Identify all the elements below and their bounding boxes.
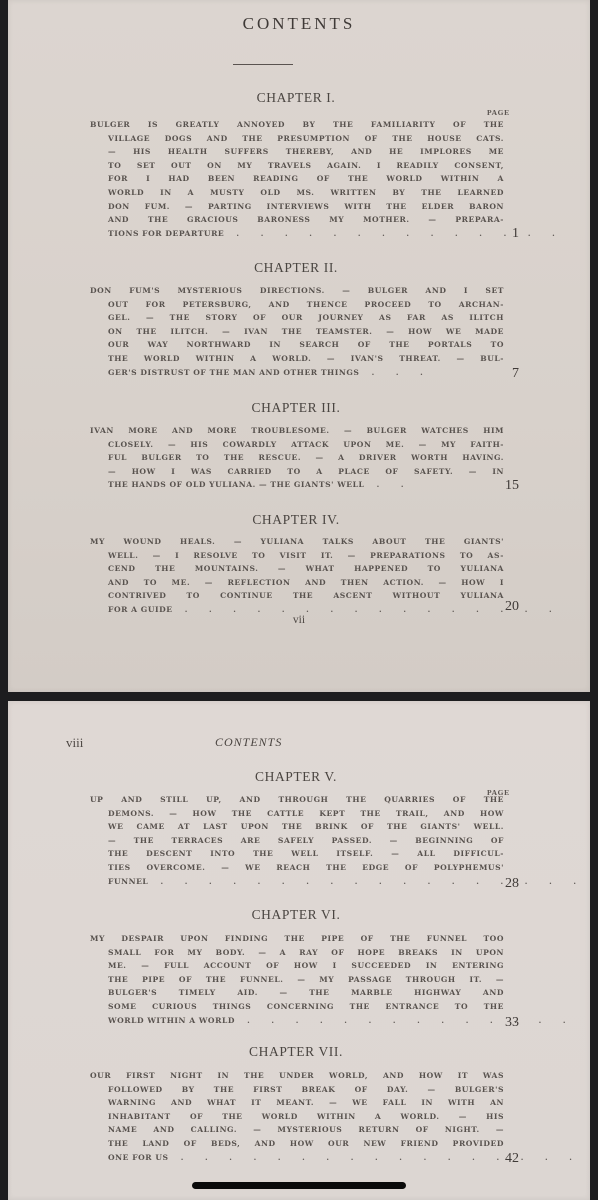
entry-line: TO SET OUT ON MY TRAVELS AGAIN. I READIL… (90, 159, 504, 173)
entry-line: WELL. — I RESOLVE TO VISIT IT. — PREPARA… (90, 549, 504, 563)
chapter-heading: CHAPTER I. (8, 90, 584, 106)
book-page-vii: CONTENTS PAGE CHAPTER I. BULGER IS GREAT… (8, 0, 590, 692)
entry-line: AND TO ME. — REFLECTION AND THEN ACTION.… (90, 576, 504, 590)
entry-line: DON FUM'S MYSTERIOUS DIRECTIONS. — BULGE… (90, 284, 504, 298)
entry-line: AND THE GRACIOUS BARONESS MY MOTHER. — P… (90, 213, 504, 227)
chapter-heading: CHAPTER III. (8, 400, 584, 416)
entry-line: SMALL FOR MY BODY. — A RAY OF HOPE BREAK… (90, 946, 504, 960)
page-folio: viii (66, 735, 83, 751)
page-folio: vii (8, 614, 590, 626)
entry-line: ONE FOR US . . . . . . . . . . . . . . .… (90, 1151, 504, 1165)
entry-line: CONTRIVED TO CONTINUE THE ASCENT WITHOUT… (90, 589, 504, 603)
chapter-page-number: 42 (489, 1151, 519, 1167)
entry-line: — HOW I WAS CARRIED TO A PLACE OF SAFETY… (90, 465, 504, 479)
entry-line: CLOSELY. — HIS COWARDLY ATTACK UPON ME. … (90, 438, 504, 452)
dot-leader: . . . (359, 368, 432, 377)
entry-line: BULGER'S TIMELY AID. — THE MARBLE HIGHWA… (90, 986, 504, 1000)
entry-line: ON THE ILITCH. — IVAN THE TEAMSTER. — HO… (90, 325, 504, 339)
chapter-entry: MY WOUND HEALS. — YULIANA TALKS ABOUT TH… (90, 535, 504, 617)
entry-line: FOLLOWED BY THE FIRST BREAK OF DAY. — BU… (90, 1083, 504, 1097)
chapter-page-number: 15 (489, 478, 519, 494)
entry-line: DON FUM. — PARTING INTERVIEWS WITH THE E… (90, 200, 504, 214)
entry-line: NAME AND CALLING. — MYSTERIOUS RETURN OF… (90, 1123, 504, 1137)
entry-line: THE DESCENT INTO THE WELL ITSELF. — ALL … (90, 847, 504, 861)
entry-line: TIONS FOR DEPARTURE . . . . . . . . . . … (90, 227, 504, 241)
chapter-page-number: 33 (489, 1015, 519, 1031)
book-page-viii: viii CONTENTS PAGE CHAPTER V. UP AND STI… (8, 701, 590, 1200)
entry-line: INHABITANT OF THE WORLD WITHIN A WORLD. … (90, 1110, 504, 1124)
title-rule (233, 64, 293, 65)
entry-line: DEMONS. — HOW THE CATTLE KEPT THE TRAIL,… (90, 807, 504, 821)
entry-line: BULGER IS GREATLY ANNOYED BY THE FAMILIA… (90, 118, 504, 132)
entry-line: OUR WAY NORTHWARD IN SEARCH OF THE PORTA… (90, 338, 504, 352)
entry-line: TIES OVERCOME. — WE REACH THE EDGE OF PO… (90, 861, 504, 875)
entry-line: GER'S DISTRUST OF THE MAN AND OTHER THIN… (90, 366, 504, 380)
dot-leader: . . . . . . . . . . . . . . (235, 1016, 575, 1025)
entry-line: IVAN MORE AND MORE TROUBLESOME. — BULGER… (90, 424, 504, 438)
running-head: CONTENTS (215, 735, 282, 750)
chapter-page-number: 28 (489, 876, 519, 892)
chapter-page-number: 20 (489, 599, 519, 615)
home-indicator[interactable] (192, 1182, 406, 1189)
entry-line: WORLD WITHIN A WORLD . . . . . . . . . .… (90, 1014, 504, 1028)
entry-line: OUT FOR PETERSBURG, AND THENCE PROCEED T… (90, 298, 504, 312)
entry-line: FUNNEL . . . . . . . . . . . . . . . . .… (90, 875, 504, 889)
dot-leader: . . . . . . . . . . . . . . . . . (169, 1153, 582, 1162)
entry-line: THE PIPE OF THE FUNNEL. — MY PASSAGE THR… (90, 973, 504, 987)
entry-line: THE LAND OF BEDS, AND HOW OUR NEW FRIEND… (90, 1137, 504, 1151)
entry-line: MY DESPAIR UPON FINDING THE PIPE OF THE … (90, 932, 504, 946)
entry-line: OUR FIRST NIGHT IN THE UNDER WORLD, AND … (90, 1069, 504, 1083)
chapter-page-number: 1 (489, 226, 519, 242)
entry-line: THE WORLD WITHIN A WORLD. — IVAN'S THREA… (90, 352, 504, 366)
entry-line: THE HANDS OF OLD YULIANA. — THE GIANTS' … (90, 478, 504, 492)
entry-line: ME. — FULL ACCOUNT OF HOW I SUCCEEDED IN… (90, 959, 504, 973)
chapter-entry: MY DESPAIR UPON FINDING THE PIPE OF THE … (90, 932, 504, 1027)
chapter-page-number: 7 (489, 366, 519, 382)
chapter-entry: IVAN MORE AND MORE TROUBLESOME. — BULGER… (90, 424, 504, 492)
entry-line: FOR I HAD BEEN READING OF THE WORLD WITH… (90, 172, 504, 186)
chapter-entry: UP AND STILL UP, AND THROUGH THE QUARRIE… (90, 793, 504, 888)
chapter-heading: CHAPTER IV. (8, 512, 584, 528)
chapter-entry: DON FUM'S MYSTERIOUS DIRECTIONS. — BULGE… (90, 284, 504, 379)
entry-line: WORLD IN A MUSTY OLD MS. WRITTEN BY THE … (90, 186, 504, 200)
chapter-heading: CHAPTER II. (8, 260, 584, 276)
entry-line: CEND THE MOUNTAINS. — WHAT HAPPENED TO Y… (90, 562, 504, 576)
entry-line: MY WOUND HEALS. — YULIANA TALKS ABOUT TH… (90, 535, 504, 549)
dot-leader: . . . . . . . . . . . . . . . . . . (148, 877, 585, 886)
entry-line: UP AND STILL UP, AND THROUGH THE QUARRIE… (90, 793, 504, 807)
dot-leader: . . (364, 480, 413, 489)
contents-title: CONTENTS (8, 14, 590, 34)
chapter-heading: CHAPTER V. (8, 769, 584, 785)
entry-line: WE CAME AT LAST UPON THE BRINK OF THE GI… (90, 820, 504, 834)
entry-line: WARNING AND WHAT IT MEANT. — WE FALL IN … (90, 1096, 504, 1110)
entry-line: GEL. — THE STORY OF OUR JOURNEY AS FAR A… (90, 311, 504, 325)
entry-line: VILLAGE DOGS AND THE PRESUMPTION OF THE … (90, 132, 504, 146)
chapter-heading: CHAPTER VI. (8, 907, 584, 923)
entry-line: — HIS HEALTH SUFFERS THEREBY, AND HE IMP… (90, 145, 504, 159)
chapter-entry: BULGER IS GREATLY ANNOYED BY THE FAMILIA… (90, 118, 504, 240)
entry-line: FUL BULGER TO THE RESCUE. — A DRIVER WOR… (90, 451, 504, 465)
entry-line: SOME CURIOUS THINGS CONCERNING THE ENTRA… (90, 1000, 504, 1014)
chapter-entry: OUR FIRST NIGHT IN THE UNDER WORLD, AND … (90, 1069, 504, 1164)
chapter-heading: CHAPTER VII. (8, 1044, 584, 1060)
page-column-label: PAGE (487, 108, 510, 117)
entry-line: — THE TERRACES ARE SAFELY PASSED. — BEGI… (90, 834, 504, 848)
